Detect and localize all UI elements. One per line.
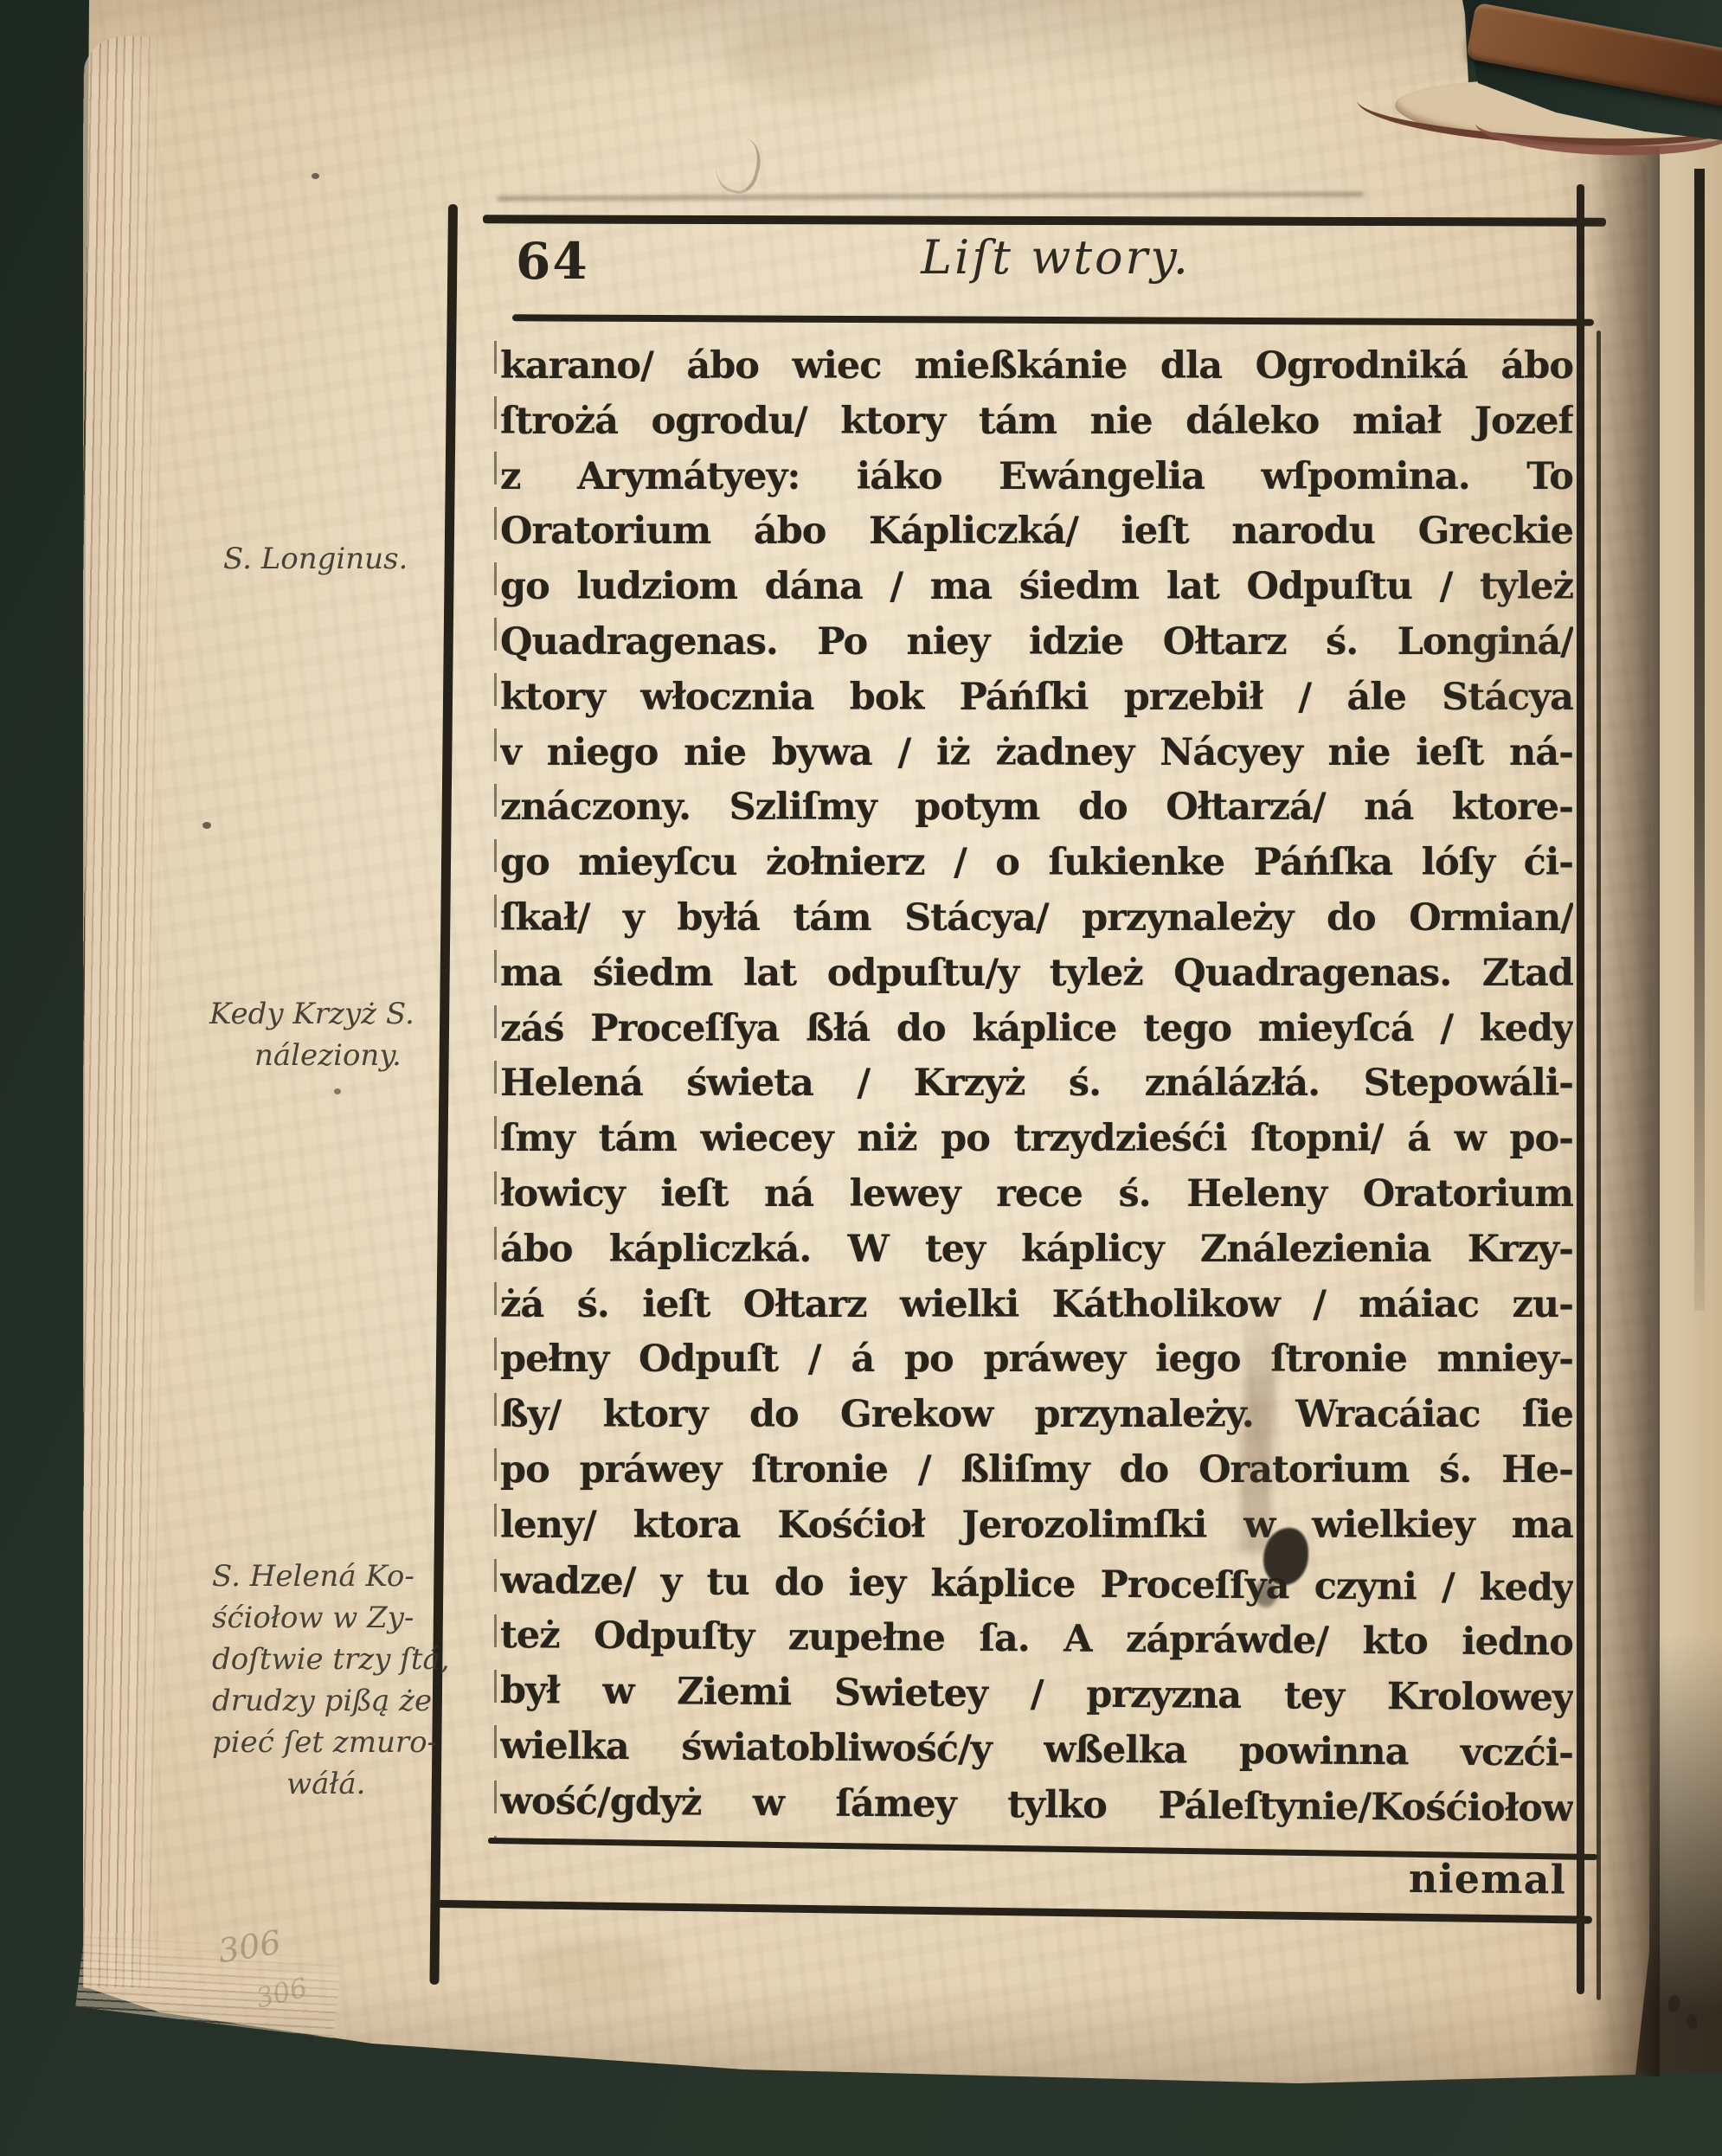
body-line: Helená świeta / Krzyż ś. ználázłá. Stepo… bbox=[500, 1056, 1573, 1112]
margin-note-line: śćiołow w Zy- bbox=[212, 1597, 498, 1639]
paper-stain bbox=[727, 17, 935, 104]
margin-note-helena-koscioly: S. Helená Ko- śćiołow w Zy- doſtwie trzy… bbox=[212, 1556, 498, 1805]
body-line: ſmy tám wiecey niż po trzydzieśći ſtopni… bbox=[500, 1112, 1573, 1167]
body-line: leny/ ktora Kośćioł Jerozolimſki w wielk… bbox=[500, 1498, 1573, 1554]
body-line: wadze/ y tu do iey káplice Proceſſya czy… bbox=[500, 1554, 1573, 1616]
body-line: ábo kápliczká. W tey káplicy Ználezienia… bbox=[500, 1222, 1573, 1278]
margin-note-line: drudzy pißą że bbox=[212, 1680, 498, 1722]
paper-stain bbox=[519, 1938, 675, 1999]
body-line: go ludziom dána / ma śiedm lat Odpuſtu /… bbox=[500, 560, 1573, 615]
body-line: z Arymátyey: iáko Ewángelia wſpomina. To bbox=[500, 450, 1573, 505]
facing-page-border-rule bbox=[1694, 169, 1705, 1311]
body-line: wość/gdyż w ſámey tylko Páleſtynie/Kośći… bbox=[500, 1774, 1573, 1837]
margin-note-krzyz-znaleziony: Kedy Krzyż S. náleziony. bbox=[209, 993, 478, 1076]
body-line: karano/ ábo wiec mießkánie dla Ogrodniká… bbox=[500, 339, 1573, 395]
body-line: v niego nie bywa / iż żadney Nácyey nie … bbox=[500, 726, 1573, 781]
paper-speck bbox=[334, 1088, 341, 1094]
paper-stain bbox=[1462, 536, 1549, 727]
body-line: záś Proceſſya ßłá do káplice tego mieyſc… bbox=[500, 1002, 1573, 1057]
body-line: łowicy ieſt ná lewey rece ś. Heleny Orat… bbox=[500, 1167, 1573, 1222]
margin-note-line: Kedy Krzyż S. bbox=[209, 993, 478, 1035]
body-line: wielka światobliwość/y wßelka powinna vc… bbox=[500, 1719, 1573, 1781]
paper-speck bbox=[202, 822, 211, 829]
body-line: ßy/ ktory do Grekow przynależy. Wracáiac… bbox=[500, 1388, 1573, 1443]
body-line: ktory włocznia bok Páńſki przebił / ále … bbox=[500, 671, 1573, 726]
margin-note-line: náleziony. bbox=[209, 1035, 478, 1076]
margin-note-line: wáłá. bbox=[212, 1763, 498, 1805]
body-line: Oratorium ábo Kápliczká/ ieſt narodu Gre… bbox=[500, 504, 1573, 560]
page-edge-striations-left bbox=[83, 36, 166, 1988]
body-line: ma śiedm lat odpuſtu/y tyleż Quadragenas… bbox=[500, 946, 1573, 1002]
margin-note-longinus: S. Longinus. bbox=[223, 538, 448, 580]
body-line: ſtrożá ogrodu/ ktory tám nie dáleko miał… bbox=[500, 395, 1573, 450]
body-line: po práwey ſtronie / ßliſmy do Oratorium … bbox=[500, 1443, 1573, 1498]
running-header: Liſt wtory. bbox=[761, 230, 1350, 285]
body-line: Quadragenas. Po niey idzie Ołtarz ś. Lon… bbox=[500, 615, 1573, 671]
body-line: pełny Odpuſt / á po práwey iego ſtronie … bbox=[500, 1332, 1573, 1388]
page-number: 64 bbox=[516, 232, 654, 291]
body-text: karano/ ábo wiec mießkánie dla Ogrodniká… bbox=[500, 339, 1573, 1830]
body-line: go mieyſcu żołnierz / o ſukienke Páńſka … bbox=[500, 836, 1573, 891]
body-line: ſkał/ y byłá tám Stácya/ przynależy do O… bbox=[500, 891, 1573, 946]
frame-rule-right-outer bbox=[1577, 184, 1584, 1994]
margin-note-line: pieć ſet zmuro- bbox=[212, 1722, 498, 1763]
body-line: był w Ziemi Swietey / przyzna tey Krolow… bbox=[500, 1664, 1573, 1726]
margin-note-line: doſtwie trzy ſtá, bbox=[212, 1639, 498, 1680]
margin-note-line: S. Longinus. bbox=[223, 538, 448, 580]
margin-note-line: S. Helená Ko- bbox=[212, 1556, 498, 1597]
body-line: znáczony. Szliſmy potym do Ołtarzá/ ná k… bbox=[500, 780, 1573, 836]
catchword: niemal bbox=[1246, 1853, 1566, 1903]
body-line: też Odpuſty zupełne ſa. A zápráwde/ kto … bbox=[500, 1608, 1573, 1671]
ink-blot-small bbox=[1255, 1580, 1277, 1607]
body-line: żá ś. ieſt Ołtarz wielki Kátholikow / má… bbox=[500, 1278, 1573, 1333]
gutter-shadow bbox=[1590, 104, 1660, 2076]
scanned-book-photo: 64 Liſt wtory. karano/ ábo wiec mießkáni… bbox=[0, 0, 1722, 2156]
paper-speck bbox=[312, 173, 319, 179]
